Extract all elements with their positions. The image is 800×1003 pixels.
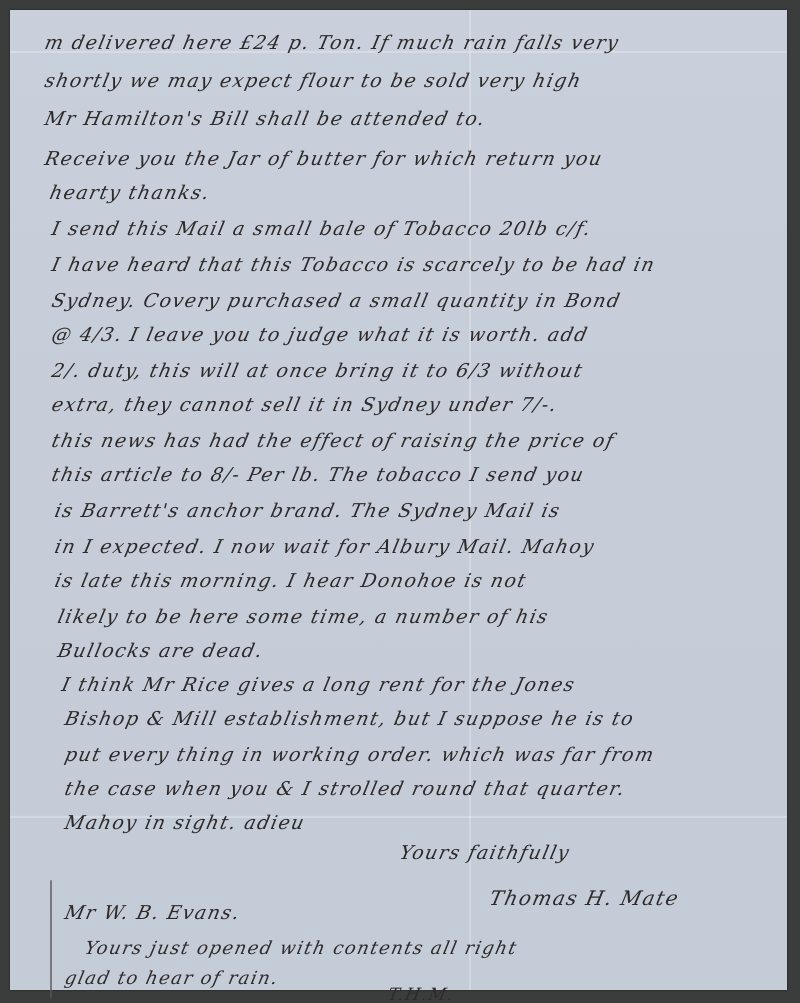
body-line: Sydney. Covery purchased a small quantit… (50, 290, 623, 312)
body-line: Bullocks are dead. (56, 640, 266, 662)
closing: Yours faithfully (398, 842, 573, 864)
body-line: the case when you & I strolled round tha… (63, 778, 628, 800)
body-line: Bishop & Mill establishment, but I suppo… (63, 708, 637, 730)
body-line: Mahoy in sight. adieu (63, 812, 308, 834)
body-line: likely to be here some time, a number of… (56, 606, 551, 628)
body-line: is Barrett's anchor brand. The Sydney Ma… (53, 500, 563, 522)
postscript-line: glad to hear of rain. (63, 968, 281, 989)
body-line: extra, they cannot sell it in Sydney und… (50, 394, 560, 416)
signature: Thomas H. Mate (487, 886, 681, 910)
body-line: this news has had the effect of raising … (50, 430, 617, 452)
body-line: 2/. duty, this will at once bring it to … (50, 360, 586, 382)
body-line: hearty thanks. (48, 182, 213, 204)
body-line: Mr Hamilton's Bill shall be attended to. (43, 108, 488, 130)
addressee: Mr W. B. Evans. (63, 902, 243, 924)
postscript-initials: T.H.M. (386, 985, 457, 1003)
body-line: m delivered here £24 p. Ton. If much rai… (43, 32, 622, 54)
body-line: in I expected. I now wait for Albury Mai… (53, 536, 597, 558)
body-line: put every thing in working order. which … (63, 744, 657, 766)
body-line: is late this morning. I hear Donohoe is … (53, 570, 529, 592)
postscript-bracket (50, 880, 52, 998)
body-line: Receive you the Jar of butter for which … (43, 148, 605, 170)
body-line: I think Mr Rice gives a long rent for th… (60, 674, 578, 696)
postscript-line: Yours just opened with contents all righ… (83, 938, 520, 959)
body-line: this article to 8/- Per lb. The tobacco … (50, 464, 587, 486)
body-line: @ 4/3. I leave you to judge what it is w… (50, 324, 591, 346)
body-line: shortly we may expect flour to be sold v… (43, 70, 585, 92)
body-line: I have heard that this Tobacco is scarce… (50, 254, 658, 276)
letter-page: m delivered here £24 p. Ton. If much rai… (10, 10, 787, 990)
body-line: I send this Mail a small bale of Tobacco… (50, 218, 594, 240)
